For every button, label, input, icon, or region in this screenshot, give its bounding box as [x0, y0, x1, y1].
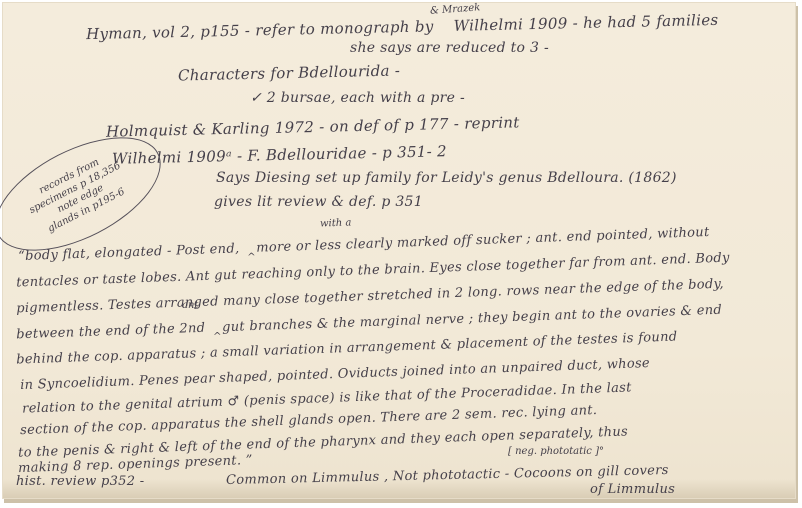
limulus-note-cont: of Limmulus: [590, 482, 675, 497]
characters-heading: Characters for Bdellourida -: [178, 61, 401, 84]
reduced-families-line: she says are reduced to 3 -: [350, 40, 549, 56]
hist-review-note: hist. review p352 -: [16, 474, 144, 489]
interline-insert-ant: ant: [182, 300, 198, 311]
lit-review-line: gives lit review & def. p 351: [214, 194, 423, 210]
citation-hyman-line: Hyman, vol 2, p155 - refer to monograph …: [86, 11, 719, 43]
quote-line-1-post: more or less clearly marked off sucker ;…: [256, 225, 710, 256]
index-card: Hyman, vol 2, p155 - refer to monograph …: [2, 2, 796, 499]
citation-hyman-post: Wilhelmi 1909 - he had 5 families: [453, 11, 718, 35]
interline-insert-with-a: with a: [320, 217, 352, 229]
quote-line-4-pre: between the end of the 2nd: [16, 321, 206, 343]
wilhelmi-1909-line: Wilhelmi 1909ᵃ - F. Bdellouridae - p 351…: [112, 142, 447, 168]
holmquist-karling-line: Holmquist & Karling 1972 - on def of p 1…: [106, 113, 520, 140]
interline-insert-mrazek: & Mrazek: [430, 2, 481, 16]
bursae-note-line: ✓ 2 bursae, each with a pre -: [250, 90, 465, 106]
diesing-family-line: Says Diesing set up family for Leidy's g…: [216, 170, 677, 186]
neg-phototactic-note: [ neg. phototatic ]°: [508, 446, 604, 457]
